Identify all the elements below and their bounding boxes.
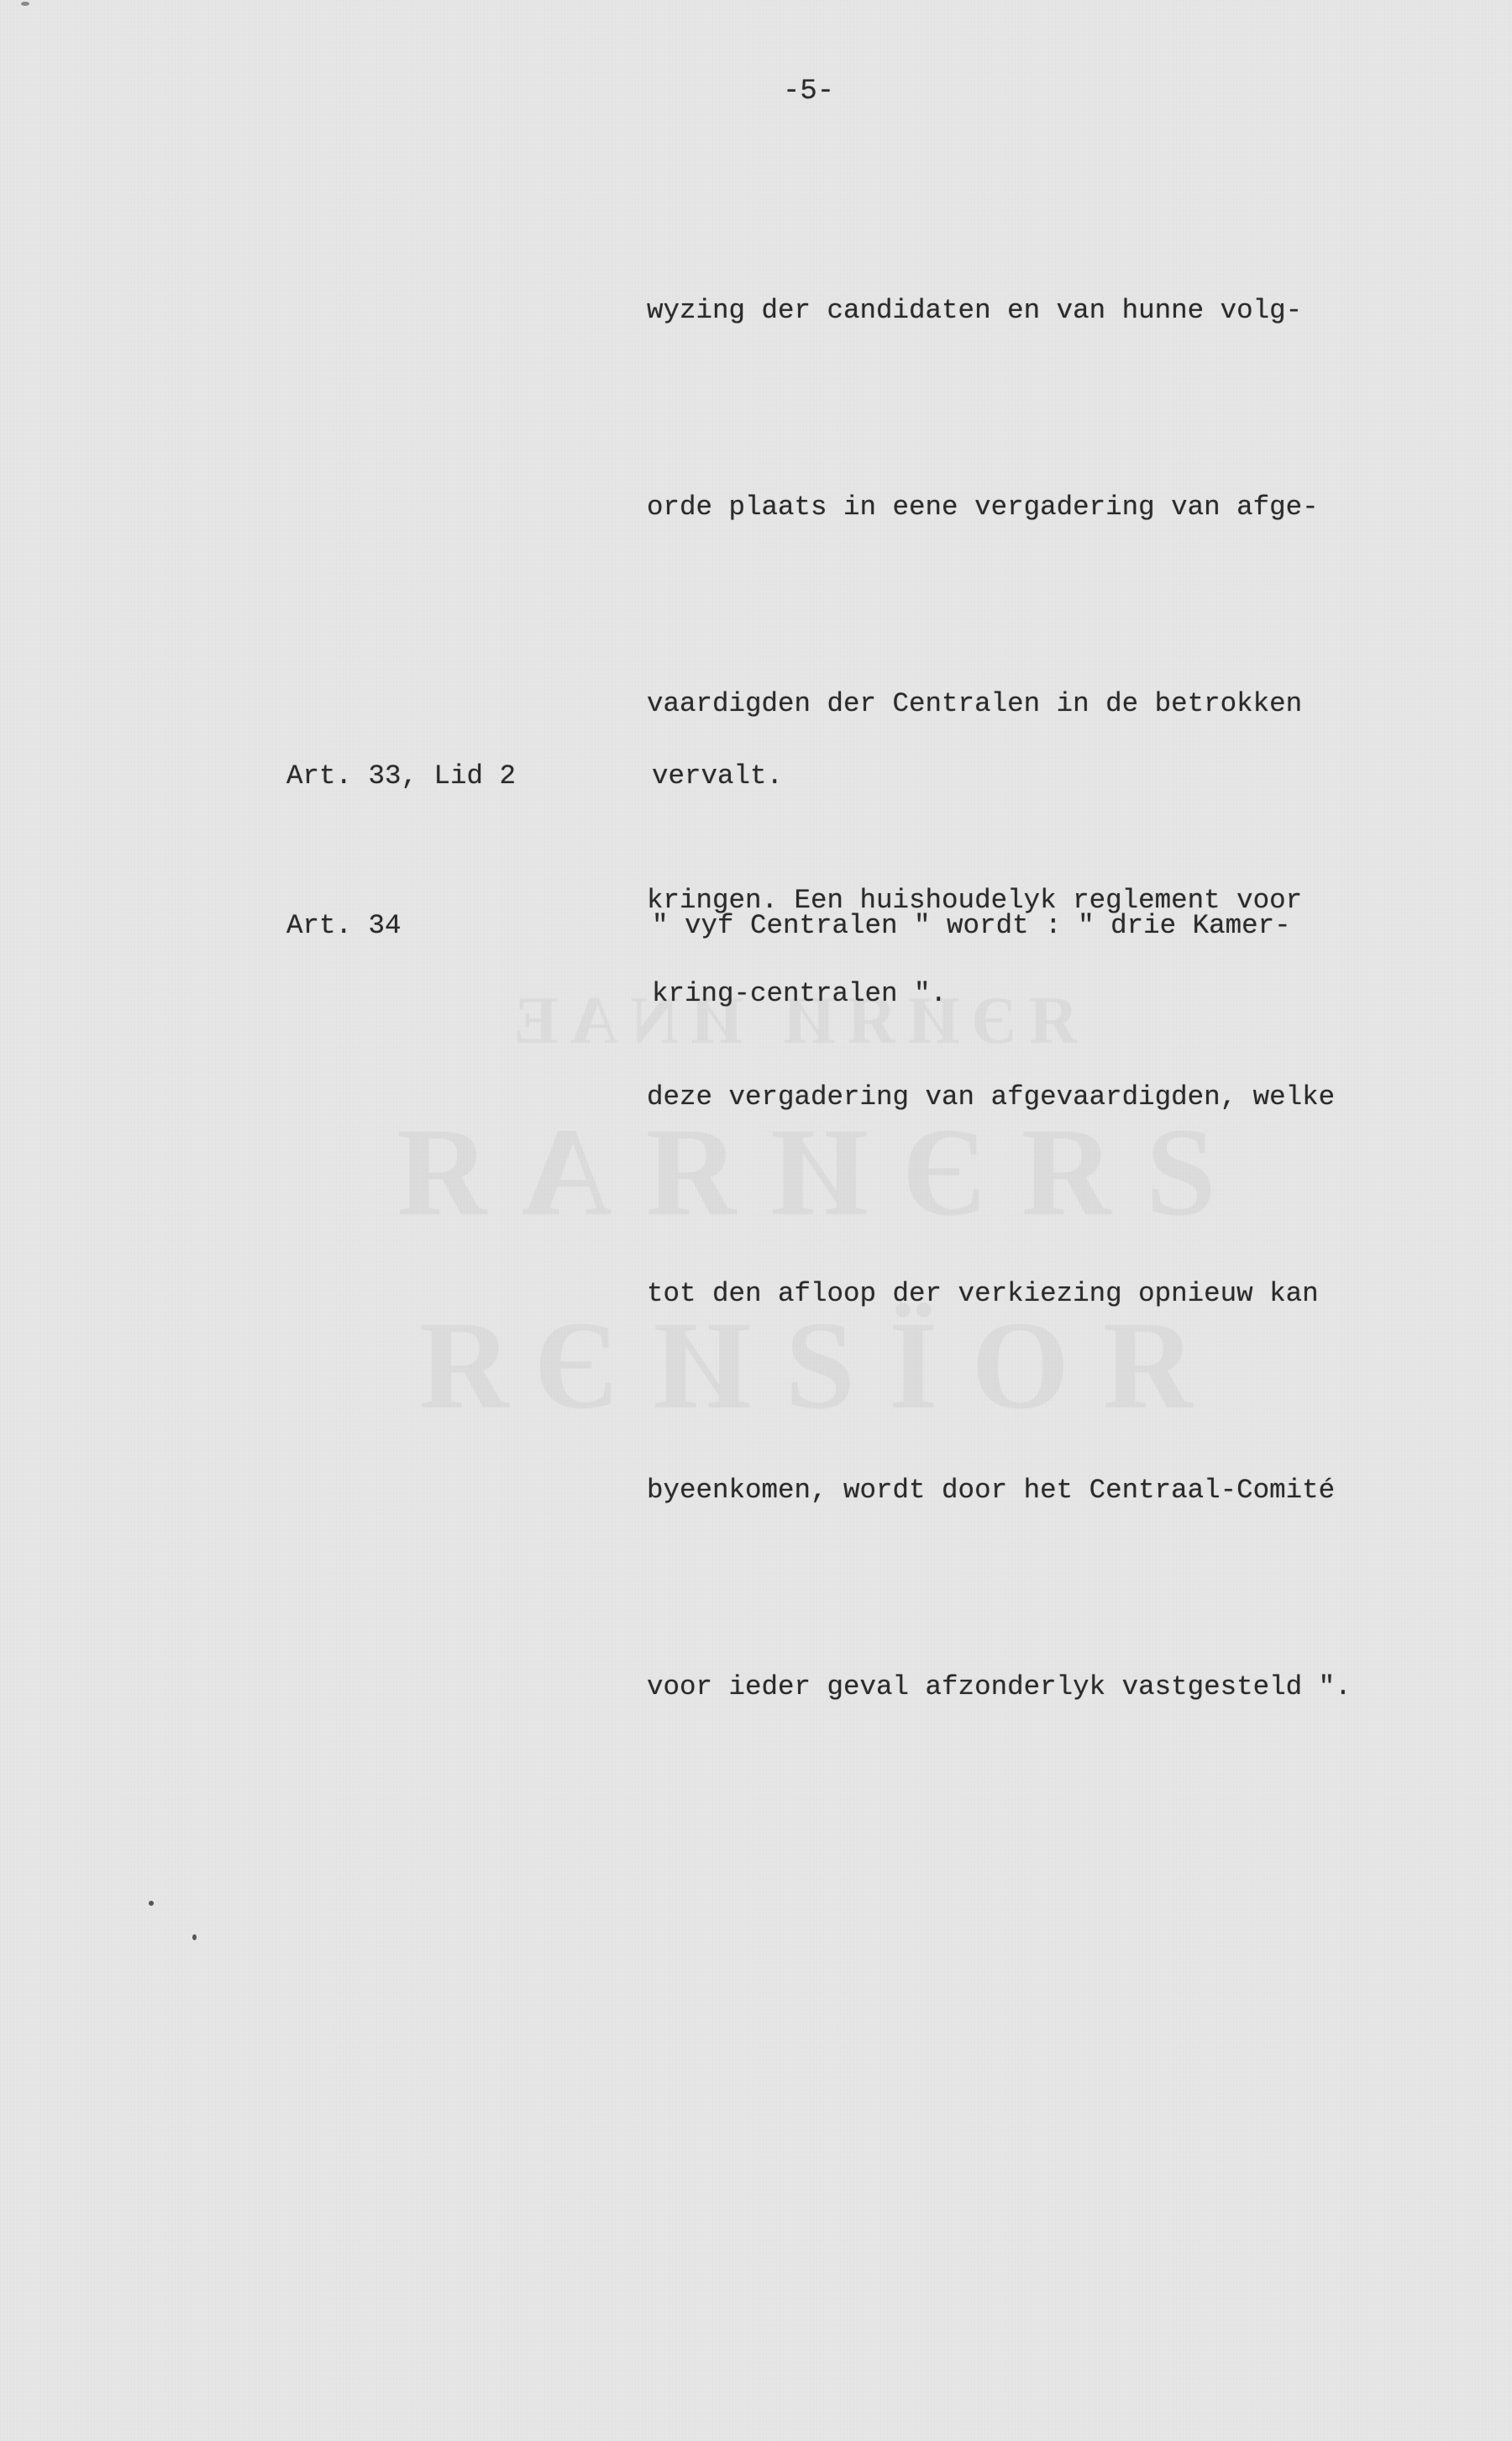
paragraph-line: tot den afloop der verkiezing opnieuw ka…: [647, 1261, 1352, 1327]
paragraph-line: byeenkomen, wordt door het Centraal-Comi…: [647, 1458, 1352, 1523]
article-label: Art. 34: [286, 893, 402, 959]
paragraph-line: voor ieder geval afzonderlyk vastgesteld…: [647, 1655, 1352, 1720]
article-text-continued: kring-centralen ".: [652, 961, 947, 1027]
paragraph-line: orde plaats in eene vergadering van afge…: [647, 475, 1352, 540]
page-number: -5-: [783, 59, 834, 124]
article-label: Art. 33, Lid 2: [286, 744, 516, 809]
ink-speck: [192, 1934, 197, 1940]
article-text: vervalt.: [652, 744, 783, 809]
paragraph-line: wyzing der candidaten en van hunne volg-: [647, 278, 1352, 344]
ink-speck: [21, 2, 29, 6]
paragraph-line: vaardigden der Centralen in de betrokken: [647, 671, 1352, 737]
article-text: " vyf Centralen " wordt : " drie Kamer-: [652, 893, 1291, 959]
ink-speck: [149, 1901, 154, 1906]
paragraph-line: deze vergadering van afgevaardigden, wel…: [647, 1065, 1352, 1130]
